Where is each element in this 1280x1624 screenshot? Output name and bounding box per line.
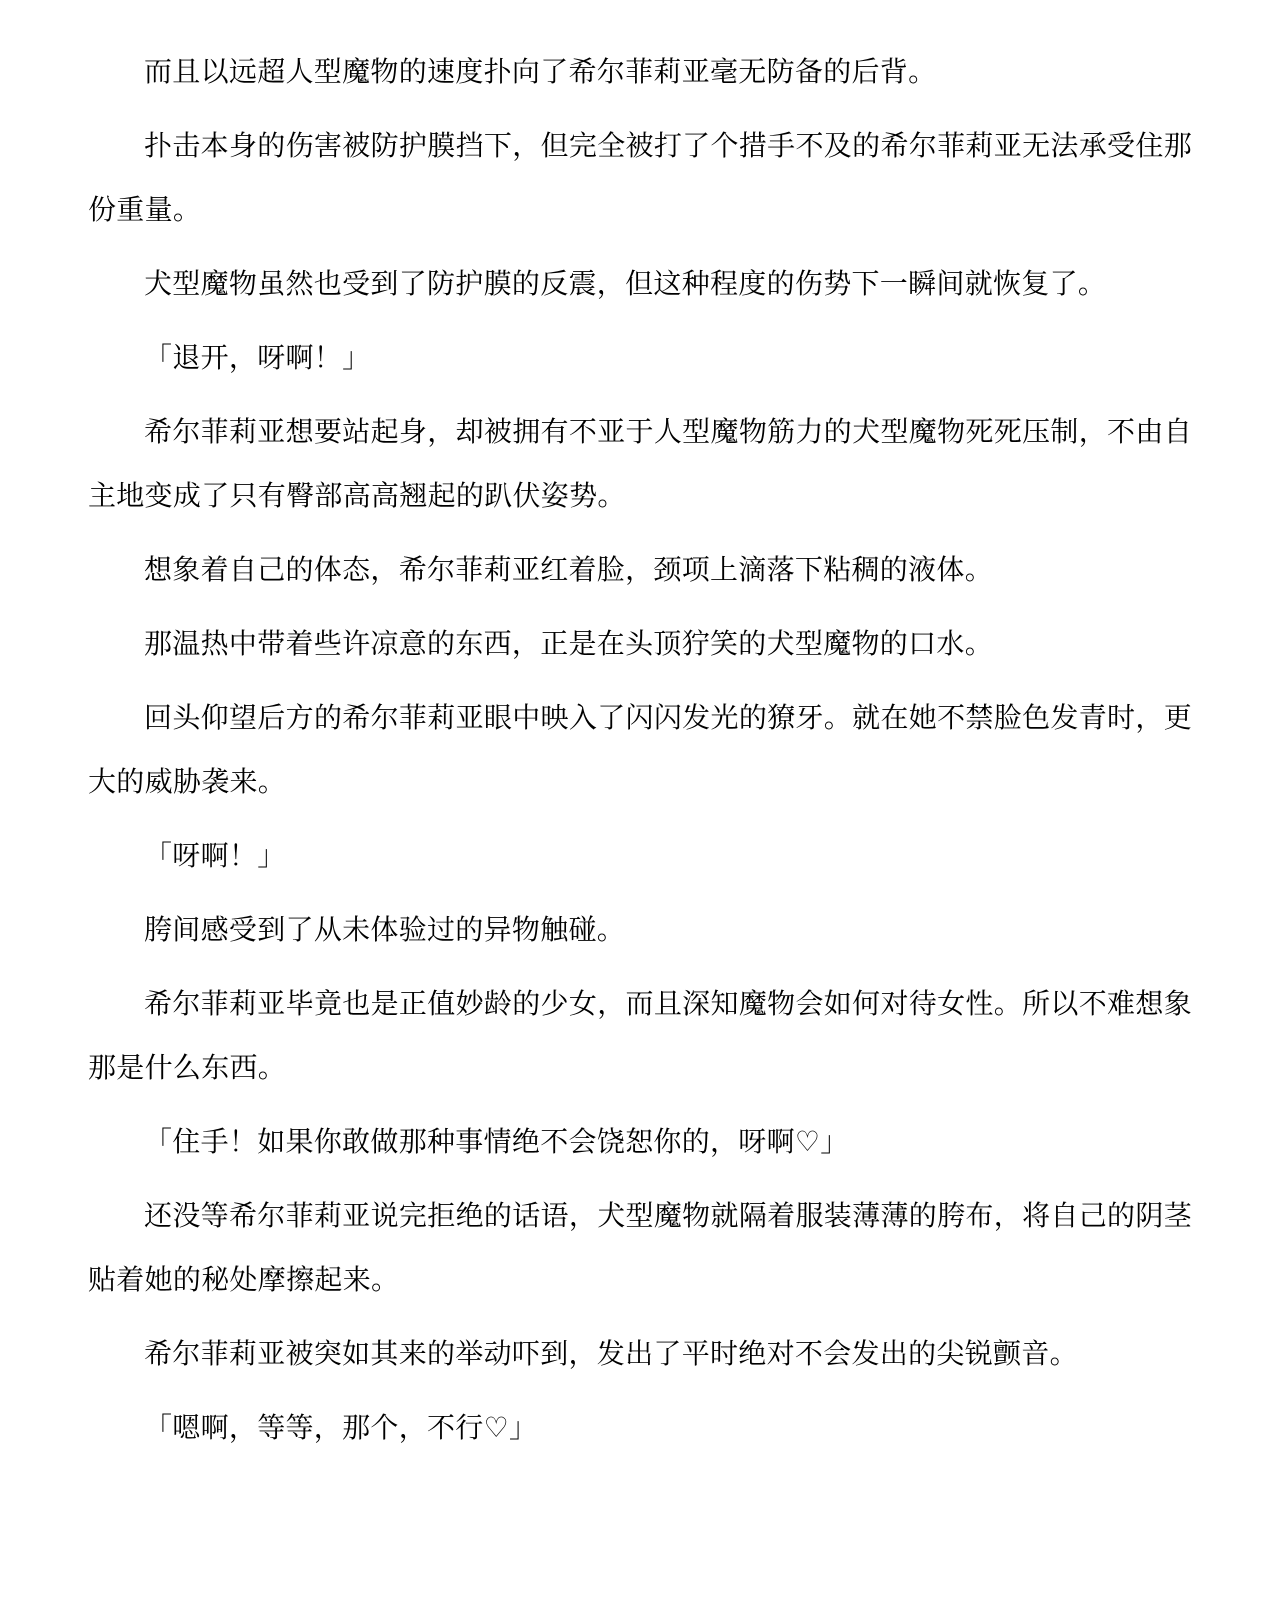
paragraph: 扑击本身的伤害被防护膜挡下，但完全被打了个措手不及的希尔菲莉亚无法承受住那份重量… (88, 114, 1192, 242)
paragraph: 希尔菲莉亚想要站起身，却被拥有不亚于人型魔物筋力的犬型魔物死死压制，不由自主地变… (88, 400, 1192, 528)
paragraph: 希尔菲莉亚被突如其来的举动吓到，发出了平时绝对不会发出的尖锐颤音。 (88, 1322, 1192, 1386)
paragraph: 犬型魔物虽然也受到了防护膜的反震，但这种程度的伤势下一瞬间就恢复了。 (88, 252, 1192, 316)
novel-page: 而且以远超人型魔物的速度扑向了希尔菲莉亚毫无防备的后背。 扑击本身的伤害被防护膜… (0, 0, 1280, 1624)
paragraph: 回头仰望后方的希尔菲莉亚眼中映入了闪闪发光的獠牙。就在她不禁脸色发青时，更大的威… (88, 686, 1192, 814)
paragraph: 胯间感受到了从未体验过的异物触碰。 (88, 898, 1192, 962)
paragraph: 而且以远超人型魔物的速度扑向了希尔菲莉亚毫无防备的后背。 (88, 40, 1192, 104)
paragraph: 那温热中带着些许凉意的东西，正是在头顶狞笑的犬型魔物的口水。 (88, 612, 1192, 676)
dialogue-paragraph: 「呀啊！」 (88, 824, 1192, 888)
dialogue-paragraph: 「退开，呀啊！」 (88, 326, 1192, 390)
dialogue-paragraph: 「嗯啊，等等，那个，不行♡」 (88, 1396, 1192, 1460)
paragraph: 还没等希尔菲莉亚说完拒绝的话语，犬型魔物就隔着服装薄薄的胯布，将自己的阴茎贴着她… (88, 1184, 1192, 1312)
dialogue-paragraph: 「住手！如果你敢做那种事情绝不会饶恕你的，呀啊♡」 (88, 1110, 1192, 1174)
paragraph: 想象着自己的体态，希尔菲莉亚红着脸，颈项上滴落下粘稠的液体。 (88, 538, 1192, 602)
paragraph: 希尔菲莉亚毕竟也是正值妙龄的少女，而且深知魔物会如何对待女性。所以不难想象那是什… (88, 972, 1192, 1100)
